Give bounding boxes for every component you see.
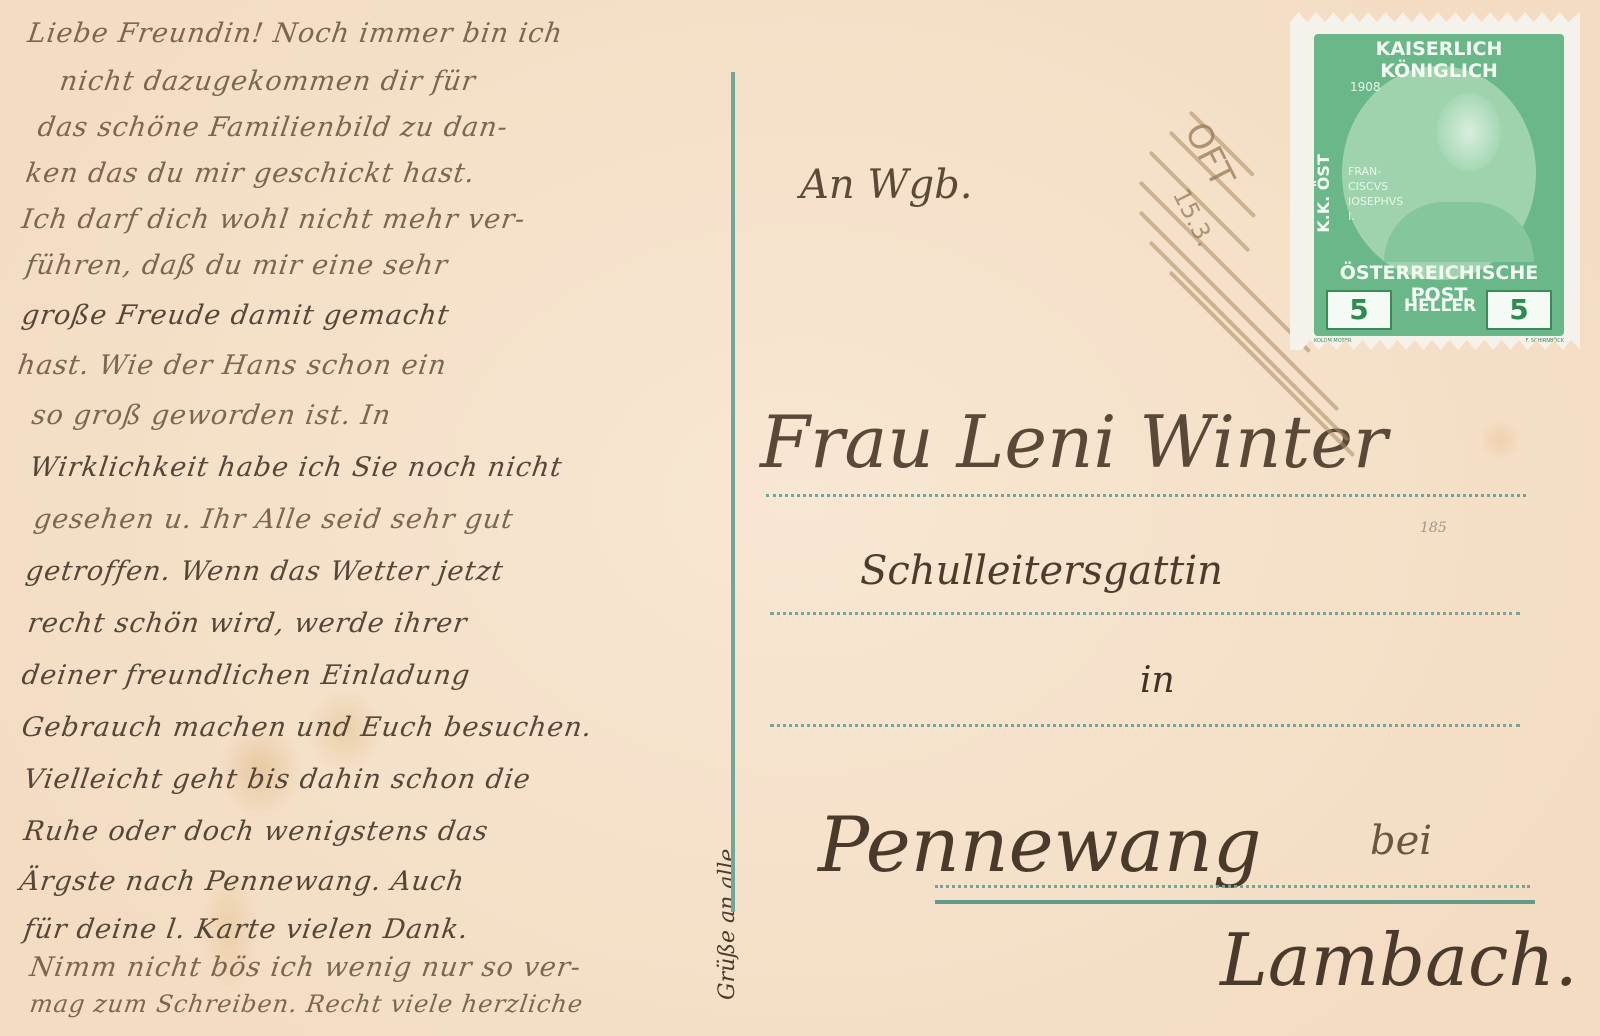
caption-line: FRAN- bbox=[1348, 164, 1403, 179]
postmark-date: 15.3. bbox=[1167, 184, 1220, 251]
stamp-credits: KOLOM MOSER F. SCHIRNBÖCK bbox=[1314, 338, 1564, 344]
caption-line: CISCVS bbox=[1348, 179, 1403, 194]
stamp-portrait-caption: FRAN- CISCVS IOSEPHVS I. bbox=[1348, 164, 1403, 224]
address-rule-4 bbox=[935, 885, 1530, 888]
address-region: Lambach. bbox=[1220, 918, 1578, 1002]
address-rule-3 bbox=[770, 724, 1520, 727]
stamp-currency: HELLER bbox=[1400, 296, 1480, 316]
address-town: Pennewang bbox=[818, 800, 1262, 889]
address-rule-1 bbox=[766, 494, 1526, 497]
stamp-credit-engraver: F. SCHIRNBÖCK bbox=[1526, 338, 1564, 344]
postage-stamp: KAISERLICH KÖNIGLICH K.K. ÖST ÖSTERR. 19… bbox=[1290, 12, 1580, 350]
caption-line: I. bbox=[1348, 209, 1403, 224]
center-divider bbox=[731, 72, 735, 912]
stamp-design: KAISERLICH KÖNIGLICH K.K. ÖST ÖSTERR. 19… bbox=[1314, 34, 1564, 336]
stamp-credit-designer: KOLOM MOSER bbox=[1314, 338, 1351, 344]
stamp-value-left: 5 bbox=[1326, 290, 1392, 330]
caption-line: IOSEPHVS bbox=[1348, 194, 1403, 209]
faint-mark: 185 bbox=[1420, 520, 1447, 536]
message-line: so groß geworden ist. In bbox=[30, 400, 393, 431]
stamp-top-text: KAISERLICH KÖNIGLICH bbox=[1314, 38, 1564, 82]
message-line: Ruhe oder doch wenigstens das bbox=[22, 816, 491, 847]
message-line: getroffen. Wenn das Wetter jetzt bbox=[24, 556, 506, 587]
message-line: Ärgste nach Pennewang. Auch bbox=[18, 866, 467, 897]
message-line: führen, daß du mir eine sehr bbox=[24, 250, 450, 281]
message-line: Liebe Freundin! Noch immer bin ich bbox=[26, 18, 565, 49]
message-line: Ich darf dich wohl nicht mehr ver- bbox=[20, 204, 528, 235]
message-line: Gebrauch machen und Euch besuchen. bbox=[20, 712, 595, 743]
message-line: deiner freundlichen Einladung bbox=[20, 660, 473, 691]
stamp-year: 1908 bbox=[1350, 80, 1381, 94]
address-rule-4-underline bbox=[935, 900, 1535, 904]
message-line: nicht dazugekommen dir für bbox=[58, 66, 478, 97]
message-line: Wirklichkeit habe ich Sie noch nicht bbox=[28, 452, 565, 483]
stamp-value-row: 5 HELLER 5 bbox=[1320, 290, 1558, 330]
vertical-side-note: Grüße an alle bbox=[715, 849, 740, 1000]
message-line: für deine l. Karte vielen Dank. bbox=[22, 914, 471, 945]
message-line: mag zum Schreiben. Recht viele herzliche bbox=[28, 990, 585, 1018]
message-line: Nimm nicht bös ich wenig nur so ver- bbox=[28, 952, 583, 983]
address-salutation: An Wgb. bbox=[800, 162, 972, 208]
stamp-left-text: K.K. ÖST bbox=[1314, 154, 1333, 233]
address-line-2: Schulleitersgattin bbox=[860, 548, 1223, 594]
message-line: recht schön wird, werde ihrer bbox=[26, 608, 470, 639]
stamp-right-text: ÖSTERR. bbox=[1562, 155, 1564, 233]
message-line: hast. Wie der Hans schon ein bbox=[16, 350, 449, 381]
postmark-text: OFT bbox=[1176, 116, 1242, 193]
message-line: ken das du mir geschickt hast. bbox=[24, 158, 477, 189]
message-line: das schöne Familienbild zu dan- bbox=[36, 112, 510, 143]
message-line: gesehen u. Ihr Alle seid sehr gut bbox=[32, 504, 516, 535]
postcard: Liebe Freundin! Noch immer bin ich nicht… bbox=[0, 0, 1600, 1036]
recipient-name: Frau Leni Winter bbox=[760, 400, 1387, 484]
message-line: große Freude damit gemacht bbox=[20, 300, 452, 331]
stamp-value-right: 5 bbox=[1486, 290, 1552, 330]
address-rule-2 bbox=[770, 612, 1520, 615]
address-line-3: in bbox=[1140, 660, 1175, 701]
message-line: Vielleicht geht bis dahin schon die bbox=[22, 764, 533, 795]
address-town-suffix: bei bbox=[1370, 818, 1432, 864]
